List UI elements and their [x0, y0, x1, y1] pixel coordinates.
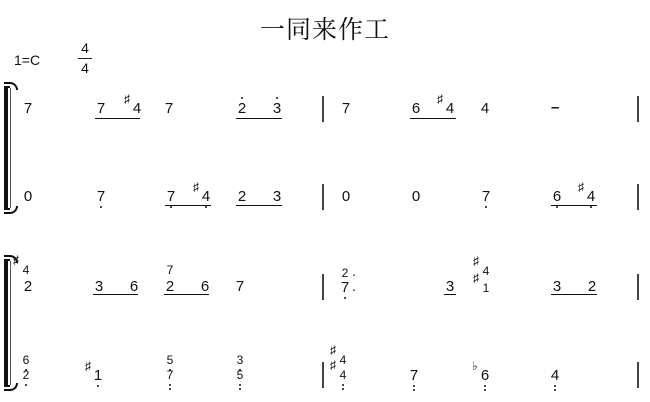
note: 7: [165, 189, 177, 205]
octave-dot-below: [413, 389, 415, 391]
octave-dot-below: [169, 384, 171, 386]
barline: [637, 96, 639, 122]
note-digit: 4: [483, 264, 490, 278]
sharp-icon: ♯: [330, 344, 336, 356]
note-digit: 2: [23, 368, 30, 382]
octave-dot-below: [25, 384, 27, 386]
octave-dot-below: [100, 206, 102, 208]
note: 6♭: [479, 368, 491, 384]
note: 2: [22, 279, 34, 295]
octave-dot-below: [554, 385, 556, 387]
sharp-icon: ♯: [330, 359, 336, 371]
sharp-icon: ♯: [85, 360, 91, 372]
note-digit: 3: [237, 353, 244, 367]
barline: [637, 184, 639, 210]
note-digit: 5: [167, 353, 174, 367]
octave-dot-below: [590, 206, 592, 208]
note-digit: 2: [238, 188, 246, 205]
note-digit: 7: [482, 188, 490, 205]
note: 6: [199, 279, 211, 295]
note: 1♯: [480, 280, 492, 296]
bracket-hook-bottom: [4, 383, 18, 391]
note: 0: [410, 189, 422, 205]
octave-dot-below: [484, 389, 486, 391]
note: 2: [20, 367, 32, 383]
note: 4♯: [131, 101, 143, 117]
octave-dot-below: [344, 297, 346, 299]
note: 7: [22, 101, 34, 117]
note-digit: 7: [167, 188, 175, 205]
note: 2: [236, 101, 248, 117]
barline: [637, 362, 639, 388]
note: 7: [163, 101, 175, 117]
beam-underline: [551, 294, 597, 295]
note: 5: [164, 352, 176, 368]
octave-dot-above: [276, 97, 278, 99]
note: 3: [271, 101, 283, 117]
note: 7: [234, 279, 246, 295]
barline: [322, 96, 324, 122]
note: 7: [95, 101, 107, 117]
octave-dot-below: [556, 206, 558, 208]
sharp-icon: ♯: [578, 181, 584, 193]
key-signature: 1=C: [14, 52, 40, 68]
octave-dot-below: [342, 388, 344, 390]
time-signature: 4 4: [78, 40, 92, 77]
note-digit: 3: [95, 278, 103, 295]
bracket-hook-top: [4, 82, 18, 90]
note: 6: [410, 101, 422, 117]
octave-dot-below: [239, 388, 241, 390]
note-digit: 7: [97, 100, 105, 117]
octave-dot-below: [97, 385, 99, 387]
note-digit: 2: [238, 100, 246, 117]
note-digit: 4: [446, 100, 454, 117]
octave-dot-below: [554, 389, 556, 391]
note-digit: 6: [130, 278, 138, 295]
note: 4♯: [444, 101, 456, 117]
sustain-dash: –: [551, 99, 559, 116]
note-digit: 4: [23, 263, 30, 277]
sharp-icon: ♯: [13, 254, 19, 266]
sharp-icon: ♯: [193, 181, 199, 193]
augmentation-dot: .: [352, 278, 356, 294]
note-digit: 7: [341, 279, 349, 296]
note-digit: 3: [553, 278, 561, 295]
beam-underline: [236, 118, 282, 119]
barline: [322, 274, 324, 300]
note: 7: [408, 368, 420, 384]
note-digit: 7: [165, 100, 173, 117]
beam-underline: [95, 118, 140, 119]
beam-underline: [93, 294, 138, 295]
note: 3: [271, 189, 283, 205]
note-digit: 6: [553, 188, 561, 205]
note: 4♯: [337, 367, 349, 383]
note: 2: [236, 189, 248, 205]
note: 3: [551, 279, 563, 295]
note: 6: [128, 279, 140, 295]
note-digit: 2: [588, 278, 596, 295]
note-digit: 6: [201, 278, 209, 295]
flat-icon: ♭: [472, 360, 478, 372]
note: 2: [586, 279, 598, 295]
note: 3: [234, 352, 246, 368]
note: 6: [551, 189, 563, 205]
note: 7: [480, 189, 492, 205]
note: 4♯: [337, 352, 349, 368]
octave-dot-below: [170, 206, 172, 208]
note-digit: 3: [273, 100, 281, 117]
sharp-icon: ♯: [124, 93, 130, 105]
note-digit: 4: [340, 353, 347, 367]
beam-underline: [164, 294, 209, 295]
octave-dot-below: [484, 385, 486, 387]
note-digit: 0: [412, 188, 420, 205]
note-digit: 7: [342, 100, 350, 117]
beam-underline: [236, 205, 282, 206]
octave-dot-below: [413, 385, 415, 387]
note-digit: 3: [446, 278, 454, 295]
note-digit: 3: [273, 188, 281, 205]
system-bracket: [4, 259, 10, 387]
beam-underline: [551, 205, 597, 206]
barline: [637, 274, 639, 300]
note: 6: [20, 352, 32, 368]
note-digit: 4: [587, 188, 595, 205]
augmentation-dot: .: [352, 263, 356, 279]
note-digit: 7: [167, 368, 174, 382]
barline: [322, 362, 324, 388]
note-digit: 2: [342, 266, 349, 280]
note-digit: 7: [167, 263, 174, 277]
beam-underline: [410, 118, 456, 119]
octave-dot-below: [342, 384, 344, 386]
note: 4: [549, 368, 561, 384]
note: 7: [340, 101, 352, 117]
note: 0: [340, 189, 352, 205]
note-digit: 2: [24, 278, 32, 295]
note: 3: [444, 279, 456, 295]
barline: [322, 184, 324, 210]
octave-dot-below: [239, 384, 241, 386]
note-digit: 4: [551, 367, 559, 384]
note: 4♯: [200, 189, 212, 205]
note: 4♯: [585, 189, 597, 205]
beam-underline: [444, 294, 456, 295]
time-signature-top: 4: [78, 40, 92, 57]
sharp-icon: ♯: [473, 272, 479, 284]
note: 4♯: [20, 262, 32, 278]
system-bracket: [4, 86, 10, 210]
note-digit: 4: [481, 100, 489, 117]
note-digit: 1: [94, 367, 102, 384]
note-digit: 1: [483, 281, 490, 295]
note: 7: [164, 262, 176, 278]
bracket-hook-bottom: [4, 206, 18, 214]
note: 7: [95, 189, 107, 205]
note-digit: 7: [97, 188, 105, 205]
time-signature-divider: [78, 58, 92, 59]
note-digit: 7: [410, 367, 418, 384]
note: 0: [22, 189, 34, 205]
note-digit: 6: [481, 367, 489, 384]
note-digit: 7: [24, 100, 32, 117]
score-title: 一同来作工: [0, 10, 650, 46]
note-digit: 7: [236, 278, 244, 295]
note: 7: [164, 367, 176, 383]
note: 4: [479, 101, 491, 117]
note: 2: [164, 279, 176, 295]
time-signature-bottom: 4: [78, 60, 92, 77]
sharp-icon: ♯: [437, 93, 443, 105]
octave-dot-below: [205, 206, 207, 208]
octave-dot-below: [485, 206, 487, 208]
beam-underline: [165, 205, 211, 206]
note-digit: 0: [342, 188, 350, 205]
octave-dot-above: [241, 97, 243, 99]
sharp-icon: ♯: [473, 255, 479, 267]
note: 1♯: [92, 368, 104, 384]
note-digit: 5: [237, 368, 244, 382]
note-digit: 2: [166, 278, 174, 295]
note: 4♯: [480, 263, 492, 279]
note: 7.: [339, 280, 351, 296]
note-digit: 4: [340, 368, 347, 382]
note-digit: 4: [133, 100, 141, 117]
note: 5: [234, 367, 246, 383]
note-digit: 6: [412, 100, 420, 117]
note: 3: [93, 279, 105, 295]
note-digit: 4: [202, 188, 210, 205]
octave-dot-below: [169, 388, 171, 390]
note-digit: 6: [23, 353, 30, 367]
note-digit: 0: [24, 188, 32, 205]
